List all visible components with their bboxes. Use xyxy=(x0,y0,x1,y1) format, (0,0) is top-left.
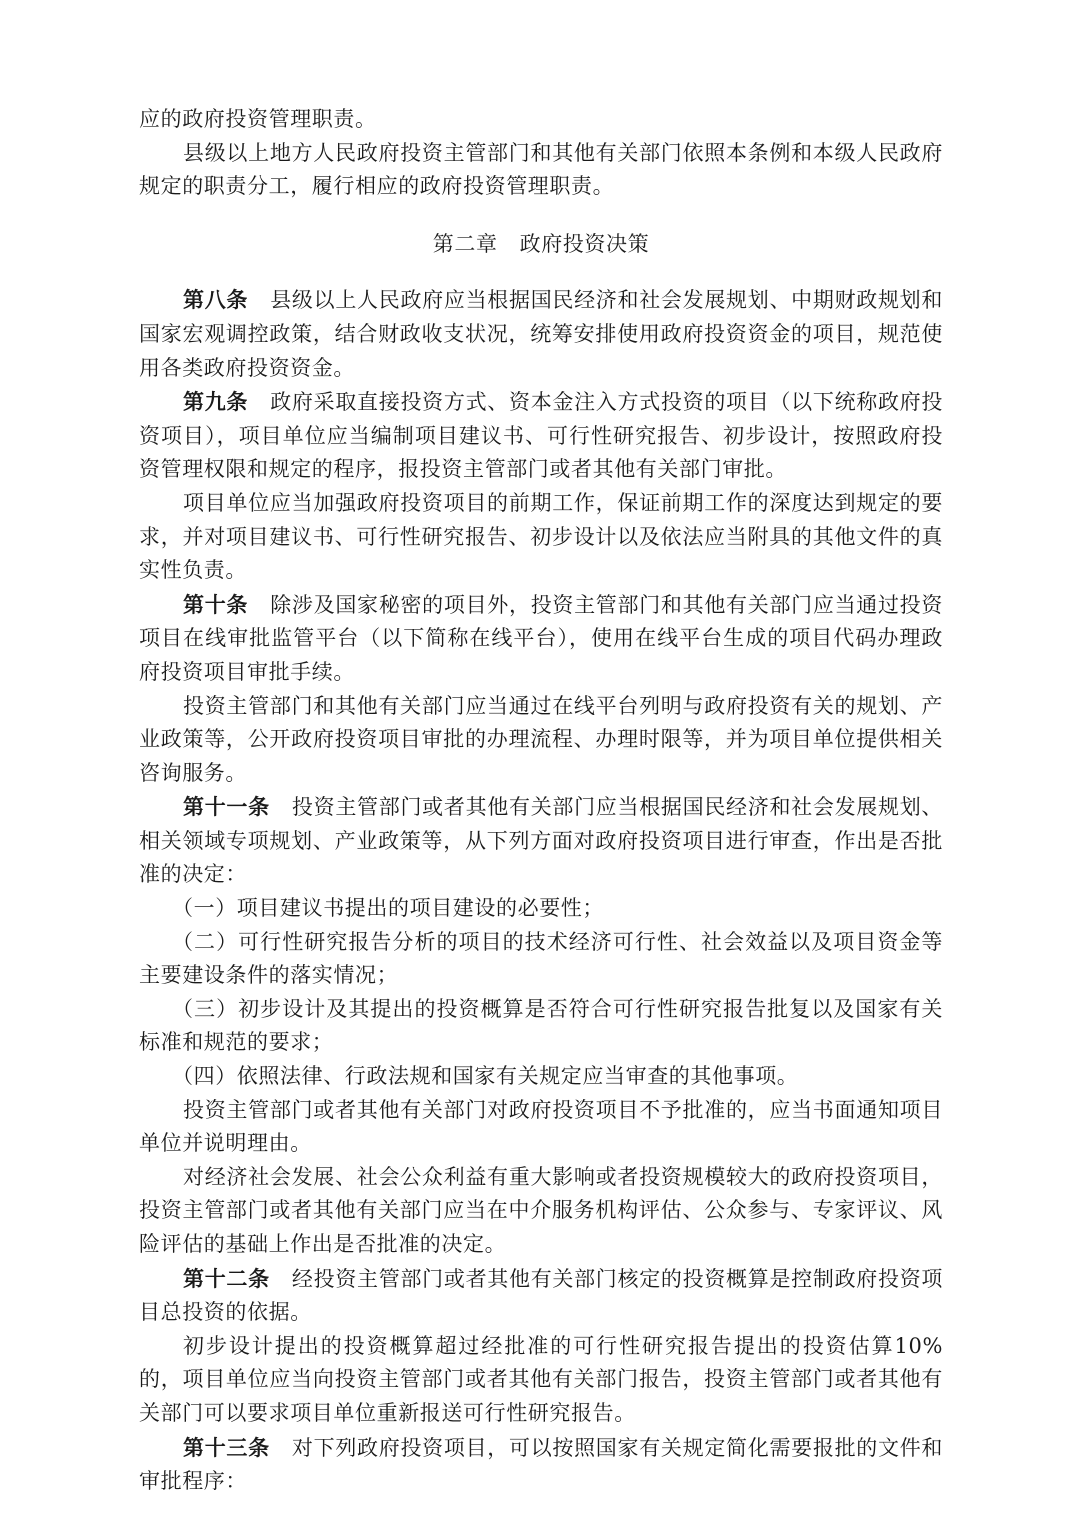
chapter-heading: 第二章政府投资决策 xyxy=(139,228,943,262)
article-10-paragraph-2: 投资主管部门和其他有关部门应当通过在线平台列明与政府投资有关的规划、产业政策等，… xyxy=(139,690,943,791)
article-text: 县级以上人民政府应当根据国民经济和社会发展规划、中期财政规划和国家宏观调控政策，… xyxy=(139,288,943,379)
article-13: 第十三条对下列政府投资项目，可以按照国家有关规定简化需要报批的文件和审批程序： xyxy=(139,1431,943,1499)
article-11-item-1: （一）项目建议书提出的项目建设的必要性； xyxy=(139,892,943,926)
chapter-number: 第二章 xyxy=(433,232,498,256)
article-heading: 第八条 xyxy=(183,287,248,312)
article-12-paragraph-2: 初步设计提出的投资概算超过经批准的可行性研究报告提出的投资估算10%的，项目单位… xyxy=(139,1330,943,1431)
article-heading: 第九条 xyxy=(183,389,248,414)
article-11-paragraph-3: 对经济社会发展、社会公众利益有重大影响或者投资规模较大的政府投资项目，投资主管部… xyxy=(139,1161,943,1262)
article-11-item-2: （二）可行性研究报告分析的项目的技术经济可行性、社会效益以及项目资金等主要建设条… xyxy=(139,926,943,993)
article-heading: 第十三条 xyxy=(183,1435,270,1460)
chapter-title: 政府投资决策 xyxy=(520,232,650,256)
article-10: 第十条除涉及国家秘密的项目外，投资主管部门和其他有关部门应当通过投资项目在线审批… xyxy=(139,588,943,690)
article-11-item-4: （四）依照法律、行政法规和国家有关规定应当审查的其他事项。 xyxy=(139,1060,943,1094)
document-page: 应的政府投资管理职责。 县级以上地方人民政府投资主管部门和其他有关部门依照本条例… xyxy=(139,103,943,1499)
paragraph-local-government-duties: 县级以上地方人民政府投资主管部门和其他有关部门依照本条例和本级人民政府规定的职责… xyxy=(139,137,943,204)
continuation-paragraph: 应的政府投资管理职责。 xyxy=(139,103,943,137)
article-text: 除涉及国家秘密的项目外，投资主管部门和其他有关部门应当通过投资项目在线审批监管平… xyxy=(139,593,943,684)
article-11-item-3: （三）初步设计及其提出的投资概算是否符合可行性研究报告批复以及国家有关标准和规范… xyxy=(139,993,943,1060)
article-heading: 第十条 xyxy=(183,592,248,617)
article-8: 第八条县级以上人民政府应当根据国民经济和社会发展规划、中期财政规划和国家宏观调控… xyxy=(139,283,943,385)
article-11: 第十一条投资主管部门或者其他有关部门应当根据国民经济和社会发展规划、相关领域专项… xyxy=(139,790,943,892)
article-9-paragraph-2: 项目单位应当加强政府投资项目的前期工作，保证前期工作的深度达到规定的要求，并对项… xyxy=(139,487,943,588)
article-12: 第十二条经投资主管部门或者其他有关部门核定的投资概算是控制政府投资项目总投资的依… xyxy=(139,1262,943,1330)
article-text: 政府采取直接投资方式、资本金注入方式投资的项目（以下统称政府投资项目），项目单位… xyxy=(139,390,943,481)
article-11-paragraph-2: 投资主管部门或者其他有关部门对政府投资项目不予批准的，应当书面通知项目单位并说明… xyxy=(139,1094,943,1161)
article-heading: 第十一条 xyxy=(183,794,270,819)
article-heading: 第十二条 xyxy=(183,1266,270,1291)
article-9: 第九条政府采取直接投资方式、资本金注入方式投资的项目（以下统称政府投资项目），项… xyxy=(139,385,943,487)
